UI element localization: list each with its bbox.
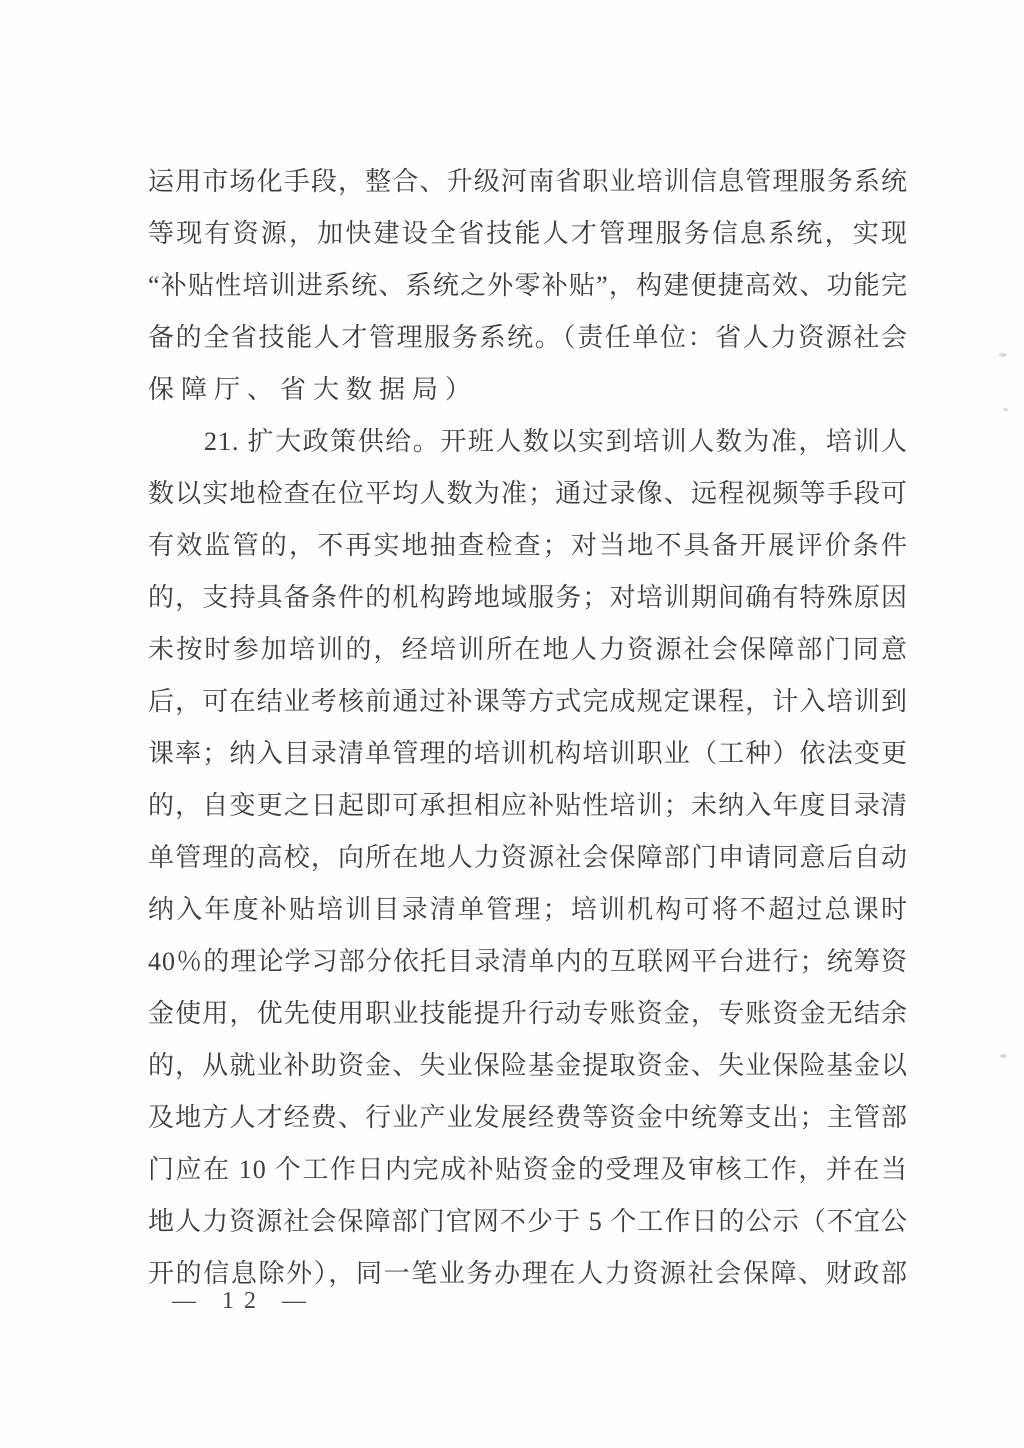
text-line: “补贴性培训进系统、系统之外零补贴”，构建便捷高效、功能完 (148, 260, 908, 312)
text-line: 的，支持具备条件的机构跨地域服务；对培训期间确有特殊原因 (148, 572, 908, 624)
text-line: 门应在 10 个工作日内完成补贴资金的受理及审核工作，并在当 (148, 1144, 908, 1196)
text-line: 有效监管的，不再实地抽查检查；对当地不具备开展评价条件 (148, 520, 908, 572)
text-line: 地人力资源社会保障部门官网不少于 5 个工作日的公示（不宜公 (148, 1196, 908, 1248)
text-line: 金使用，优先使用职业技能提升行动专账资金，专账资金无结余 (148, 988, 908, 1040)
text-line: 保障厅、省大数据局） (148, 364, 908, 416)
text-line: 备的全省技能人才管理服务系统。（责任单位：省人力资源社会 (148, 312, 908, 364)
document-body-text: 运用市场化手段，整合、升级河南省职业培训信息管理服务系统 等现有资源，加快建设全… (148, 156, 908, 1300)
text-line: 后，可在结业考核前通过补课等方式完成规定课程，计入培训到 (148, 676, 908, 728)
text-line: 及地方人才经费、行业产业发展经费等资金中统筹支出；主管部 (148, 1092, 908, 1144)
text-line: 纳入年度补贴培训目录清单管理；培训机构可将不超过总课时 (148, 884, 908, 936)
text-line: 的，从就业补助资金、失业保险基金提取资金、失业保险基金以 (148, 1040, 908, 1092)
scan-artifact-speck (1003, 408, 1008, 411)
text-line: 未按时参加培训的，经培训所在地人力资源社会保障部门同意 (148, 624, 908, 676)
text-line: 运用市场化手段，整合、升级河南省职业培训信息管理服务系统 (148, 156, 908, 208)
document-page: 运用市场化手段，整合、升级河南省职业培训信息管理服务系统 等现有资源，加快建设全… (0, 0, 1024, 1448)
scan-artifact-speck (999, 353, 1007, 357)
text-line: 数以实地检查在位平均人数为准；通过录像、远程视频等手段可 (148, 468, 908, 520)
text-line: 等现有资源，加快建设全省技能人才管理服务信息系统，实现 (148, 208, 908, 260)
text-line-paragraph-21-start: 21. 扩大政策供给。开班人数以实到培训人数为准，培训人 (148, 416, 908, 468)
text-line: 40％的理论学习部分依托目录清单内的互联网平台进行；统筹资 (148, 936, 908, 988)
scan-artifact-speck (1000, 1054, 1007, 1058)
text-line: 的，自变更之日起即可承担相应补贴性培训；未纳入年度目录清 (148, 780, 908, 832)
text-line: 单管理的高校，向所在地人力资源社会保障部门申请同意后自动 (148, 832, 908, 884)
page-number: — 12 — (172, 1288, 316, 1315)
text-line: 课率；纳入目录清单管理的培训机构培训职业（工种）依法变更 (148, 728, 908, 780)
